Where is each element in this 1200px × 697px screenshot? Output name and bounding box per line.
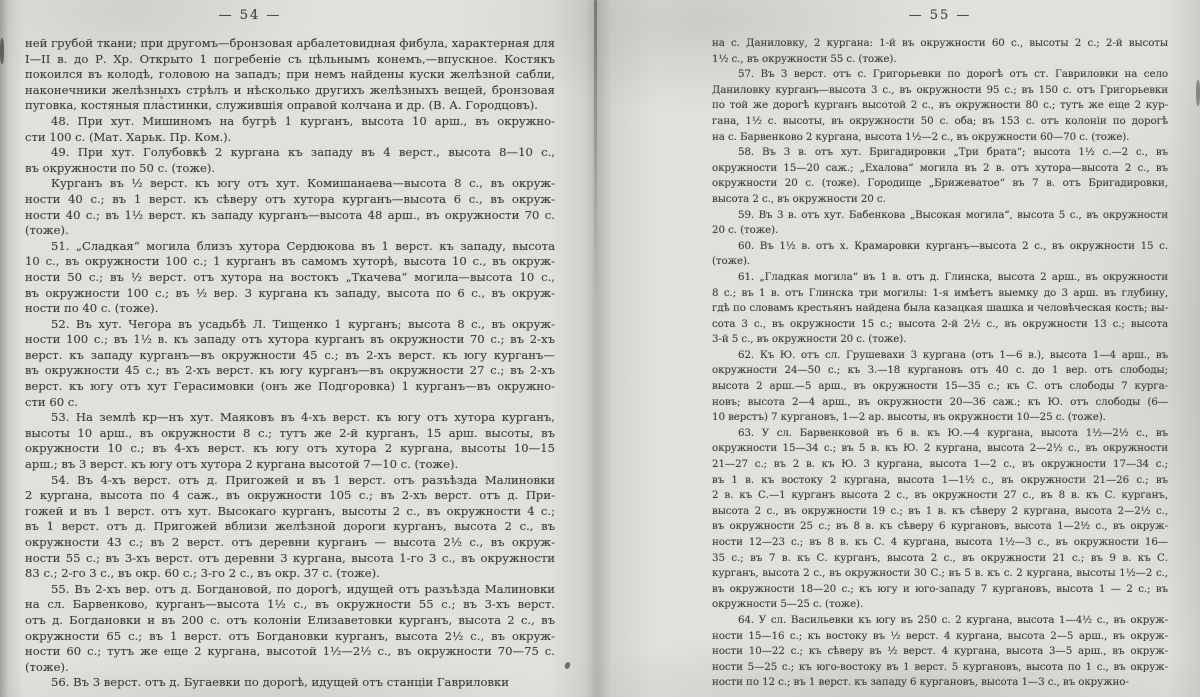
scan-artifact	[564, 661, 571, 669]
text-line: въ 1 в. къ востоку 2 кургана, высота 1—1…	[712, 473, 1168, 489]
text-line: верст. къ западу курганъ—въ окружности 4…	[25, 348, 555, 364]
text-line: въ окружности 25 с.; въ 8 в. къ сѣверу 6…	[712, 519, 1168, 535]
text-line: въ окружности по 50 с. (тоже).	[25, 161, 555, 177]
page-number-54: — 54 —	[0, 8, 515, 23]
text-line: высота 2 арш.—5 арш., въ окружности 15—3…	[712, 379, 1168, 395]
paragraph: 52. Въ хут. Чегора въ усадьбѣ Л. Тищенко…	[25, 317, 555, 411]
text-line: ности 5—25 с.; къ юго-востоку въ 1 верст…	[712, 660, 1168, 676]
text-line: 48. При хут. Мишиномъ на бугрѣ 1 курганъ…	[25, 114, 555, 130]
text-line: 3-й 5 с., въ окружности 20 с. (тоже).	[712, 332, 1168, 348]
text-line: сти 100 с. (Мат. Харьк. Пр. Ком.).	[25, 130, 555, 146]
paragraph: 61. „Гладкая могила“ въ 1 в. отъ д. Глин…	[712, 270, 1168, 348]
text-line: 21—27 с.; въ 2 в. къ Ю. 3 кургана, высот…	[712, 457, 1168, 473]
paragraph: 58. Въ 3 в. отъ хут. Бригадировки „Три б…	[712, 145, 1168, 207]
text-line: окружности 10 с.; въ 4-хъ верст. къ югу …	[25, 441, 555, 457]
text-line: 10 верстъ) 7 кургановъ, 1—2 ар. высоты, …	[712, 410, 1168, 426]
text-line: 51. „Сладкая“ могила близъ хутора Сердюк…	[25, 239, 555, 255]
text-line: 49. При хут. Голубовкѣ 2 кургана къ запа…	[25, 145, 555, 161]
text-line: окружности 15—34 с.; въ 5 в. къ Ю. 2 кур…	[712, 441, 1168, 457]
text-line: отъ д. Богдановки и въ 200 с. отъ колоні…	[25, 613, 555, 629]
text-line: Даниловку курганъ—высота 3 с., въ окружн…	[712, 83, 1168, 99]
text-line: 2 кургана, высота по 4 саж., въ окружнос…	[25, 488, 555, 504]
text-line: ности 15—16 с.; къ востоку въ ½ верст. 4…	[712, 629, 1168, 645]
paragraph: 59. Въ 3 в. отъ хут. Бабенкова „Высокая …	[712, 208, 1168, 239]
text-line: 64. У сл. Васильевки къ югу въ 250 с. 2 …	[712, 613, 1168, 629]
scan-artifact	[0, 38, 4, 64]
paragraph: 48. При хут. Мишиномъ на бугрѣ 1 курганъ…	[25, 114, 555, 145]
text-line: 63. У сл. Барвенковой въ 6 в. къ Ю.—4 ку…	[712, 426, 1168, 442]
text-line: 62. Къ Ю. отъ сл. Грушевахи 3 кургана (о…	[712, 348, 1168, 364]
text-line: 60. Въ 1½ в. отъ х. Крамаровки курганъ—в…	[712, 239, 1168, 255]
text-line: ности 40 с.; въ 1 верст. къ сѣверу отъ х…	[25, 192, 555, 208]
text-line: 8 с.; въ 1 в. отъ Глинска три могилы: 1-…	[712, 286, 1168, 302]
text-line: 83 с.; 2-го 3 с., въ окр. 60 с.; 3-го 2 …	[25, 566, 555, 582]
text-line: покоился въ колодѣ, головою на западъ; п…	[25, 67, 555, 83]
text-line: на сл. Барвенково, курганъ—высота 1½ с.,…	[25, 597, 555, 613]
text-line: въ окружности 18—20 с.; къ югу и юго-зап…	[712, 582, 1168, 598]
book-spread: — 54 — — 55 — ней грубой ткани; при друг…	[0, 0, 1200, 697]
text-line: ности 60 с.; тутъ же еще 2 кургана, высо…	[25, 644, 555, 660]
page-55-text: на с. Даниловку, 2 кургана: 1-й въ окруж…	[712, 36, 1168, 691]
paragraph: 63. У сл. Барвенковой въ 6 в. къ Ю.—4 ку…	[712, 426, 1168, 613]
paragraph: 57. Въ 3 верст. отъ с. Григорьевки по до…	[712, 67, 1168, 145]
text-line: ности 55 с.; въ 3-хъ верст. отъ деревни …	[25, 551, 555, 567]
text-line: 57. Въ 3 верст. отъ с. Григорьевки по до…	[712, 67, 1168, 83]
text-line: высоты 10 арш., въ окружности 8 с.; тутъ…	[25, 426, 555, 442]
text-line: ности 12—23 с.; въ 8 в. къ С. 4 кургана,…	[712, 535, 1168, 551]
text-line: ней грубой ткани; при другомъ—бронзовая …	[25, 36, 555, 52]
text-line: въ окружности 100 с.; въ ½ вер. 3 курган…	[25, 286, 555, 302]
paragraph: 56. Въ 3 верст. отъ д. Бугаевки по дорог…	[25, 675, 555, 691]
text-line: ности 100 с.; въ 1½ в. къ западу отъ хут…	[25, 332, 555, 348]
paragraph: 51. „Сладкая“ могила близъ хутора Сердюк…	[25, 239, 555, 317]
text-line: 20 с. (тоже).	[712, 223, 1168, 239]
text-line: (тоже).	[25, 660, 555, 676]
text-line: наконечники желѣзныхъ стрѣлъ и нѣсколько…	[25, 83, 555, 99]
text-line: 2 в. къ С.—1 курганъ высота 2 с., въ окр…	[712, 488, 1168, 504]
text-line: въ окружности 45 с.; въ 2-хъ верст. къ ю…	[25, 363, 555, 379]
paragraph: 62. Къ Ю. отъ сл. Грушевахи 3 кургана (о…	[712, 348, 1168, 426]
text-line: ности 10—22 с.; къ сѣверу въ ½ верст. 4 …	[712, 644, 1168, 660]
paragraph: 64. У сл. Васильевки къ югу въ 250 с. 2 …	[712, 613, 1168, 691]
text-line: 59. Въ 3 в. отъ хут. Бабенкова „Высокая …	[712, 208, 1168, 224]
paragraph: 49. При хут. Голубовкѣ 2 кургана къ запа…	[25, 145, 555, 176]
text-line: пуговка, костяныя пластинки, служившія о…	[25, 98, 555, 114]
text-line: на с. Барвенково 2 кургана, высота 1½—2 …	[712, 130, 1168, 146]
text-line: 10 с., въ окружности 100 с.; 1 курганъ в…	[25, 254, 555, 270]
text-line: 56. Въ 3 верст. отъ д. Бугаевки по дорог…	[25, 675, 555, 691]
text-line: 35 с.; въ 7 в. къ С. курганъ, высота 2 с…	[712, 551, 1168, 567]
text-line: ности 50 с.; въ ½ верст. отъ хутора на в…	[25, 270, 555, 286]
text-line: новъ; высота 2—4 арш., въ окружности 20—…	[712, 395, 1168, 411]
paragraph: ней грубой ткани; при другомъ—бронзовая …	[25, 36, 555, 114]
text-line: на с. Даниловку, 2 кургана: 1-й въ окруж…	[712, 36, 1168, 52]
text-line: 58. Въ 3 в. отъ хут. Бригадировки „Три б…	[712, 145, 1168, 161]
scan-artifact	[1196, 80, 1200, 106]
text-line: ности по 12 с.; въ 1 верст. къ западу 6 …	[712, 675, 1168, 691]
text-line: окружности 24—50 с.; къ З.—18 кургановъ …	[712, 363, 1168, 379]
paragraph: 53. На землѣ кр—нъ хут. Маяковъ въ 4-хъ …	[25, 410, 555, 472]
text-line: 55. Въ 2-хъ вер. отъ д. Богдановой, по д…	[25, 582, 555, 598]
text-line: въ 1 верст. отъ д. Пригожей вблизи желѣз…	[25, 519, 555, 535]
paragraph: на с. Даниловку, 2 кургана: 1-й въ окруж…	[712, 36, 1168, 67]
paragraph: 54. Въ 4-хъ верст. отъ д. Пригожей и въ …	[25, 473, 555, 582]
text-line: 52. Въ хут. Чегора въ усадьбѣ Л. Тищенко…	[25, 317, 555, 333]
text-line: ности 40 с.; въ 1½ верст. къ западу кург…	[25, 208, 555, 224]
text-line: окружности 43 с.; въ 2 верст. отъ деревн…	[25, 535, 555, 551]
text-line: окружности 20 с. (тоже). Городище „Бриже…	[712, 176, 1168, 192]
page-fold-line	[594, 0, 597, 300]
text-line: гдѣ по словамъ крестьянъ найдена была ка…	[712, 301, 1168, 317]
text-line: окружности 5—25 с. (тоже).	[712, 597, 1168, 613]
text-line: 1½ с., въ окружности 55 с. (тоже).	[712, 52, 1168, 68]
text-line: арш.; въ 3 верст. къ югу отъ хутора 2 ку…	[25, 457, 555, 473]
paragraph: 60. Въ 1½ в. отъ х. Крамаровки курганъ—в…	[712, 239, 1168, 270]
text-line: I—II в. до Р. Хр. Открыто 1 погребеніе с…	[25, 52, 555, 68]
text-line: сота 3 с., въ окружности 15 с.; высота 2…	[712, 317, 1168, 333]
page-54-text: ней грубой ткани; при другомъ—бронзовая …	[25, 36, 555, 691]
text-line: окружности 65 с.; въ 1 верст. отъ Богдан…	[25, 629, 555, 645]
text-line: 54. Въ 4-хъ верст. отъ д. Пригожей и въ …	[25, 473, 555, 489]
page-number-55: — 55 —	[712, 8, 1168, 23]
text-line: окружности 15—20 саж.; „Ехалова“ могила …	[712, 161, 1168, 177]
text-line: (тоже).	[712, 254, 1168, 270]
text-line: высота 2 с., въ окружности 19 с.; въ 1 в…	[712, 504, 1168, 520]
paragraph: Курганъ въ ½ верст. къ югу отъ хут. Коми…	[25, 176, 555, 238]
text-line: ности по 40 с. (тоже).	[25, 301, 555, 317]
text-line: курганъ, высота 2 с., въ окружности 30 С…	[712, 566, 1168, 582]
text-line: 53. На землѣ кр—нъ хут. Маяковъ въ 4-хъ …	[25, 410, 555, 426]
text-line: Курганъ въ ½ верст. къ югу отъ хут. Коми…	[25, 176, 555, 192]
text-line: по той же дорогѣ курганъ высотой 2 с., в…	[712, 98, 1168, 114]
text-line: гана, 1½ с. высоты, въ окружности 50 с. …	[712, 114, 1168, 130]
text-line: верст. къ югу отъ хут Герасимовки (онъ ж…	[25, 379, 555, 395]
text-line: 61. „Гладкая могила“ въ 1 в. отъ д. Глин…	[712, 270, 1168, 286]
text-line: гожей и въ 1 верст. отъ хут. Высокаго ку…	[25, 504, 555, 520]
paragraph: 55. Въ 2-хъ вер. отъ д. Богдановой, по д…	[25, 582, 555, 676]
text-line: сти 60 с.	[25, 395, 555, 411]
text-line: (тоже).	[25, 223, 555, 239]
text-line: высота 2 с., въ окружности 20 с.	[712, 192, 1168, 208]
